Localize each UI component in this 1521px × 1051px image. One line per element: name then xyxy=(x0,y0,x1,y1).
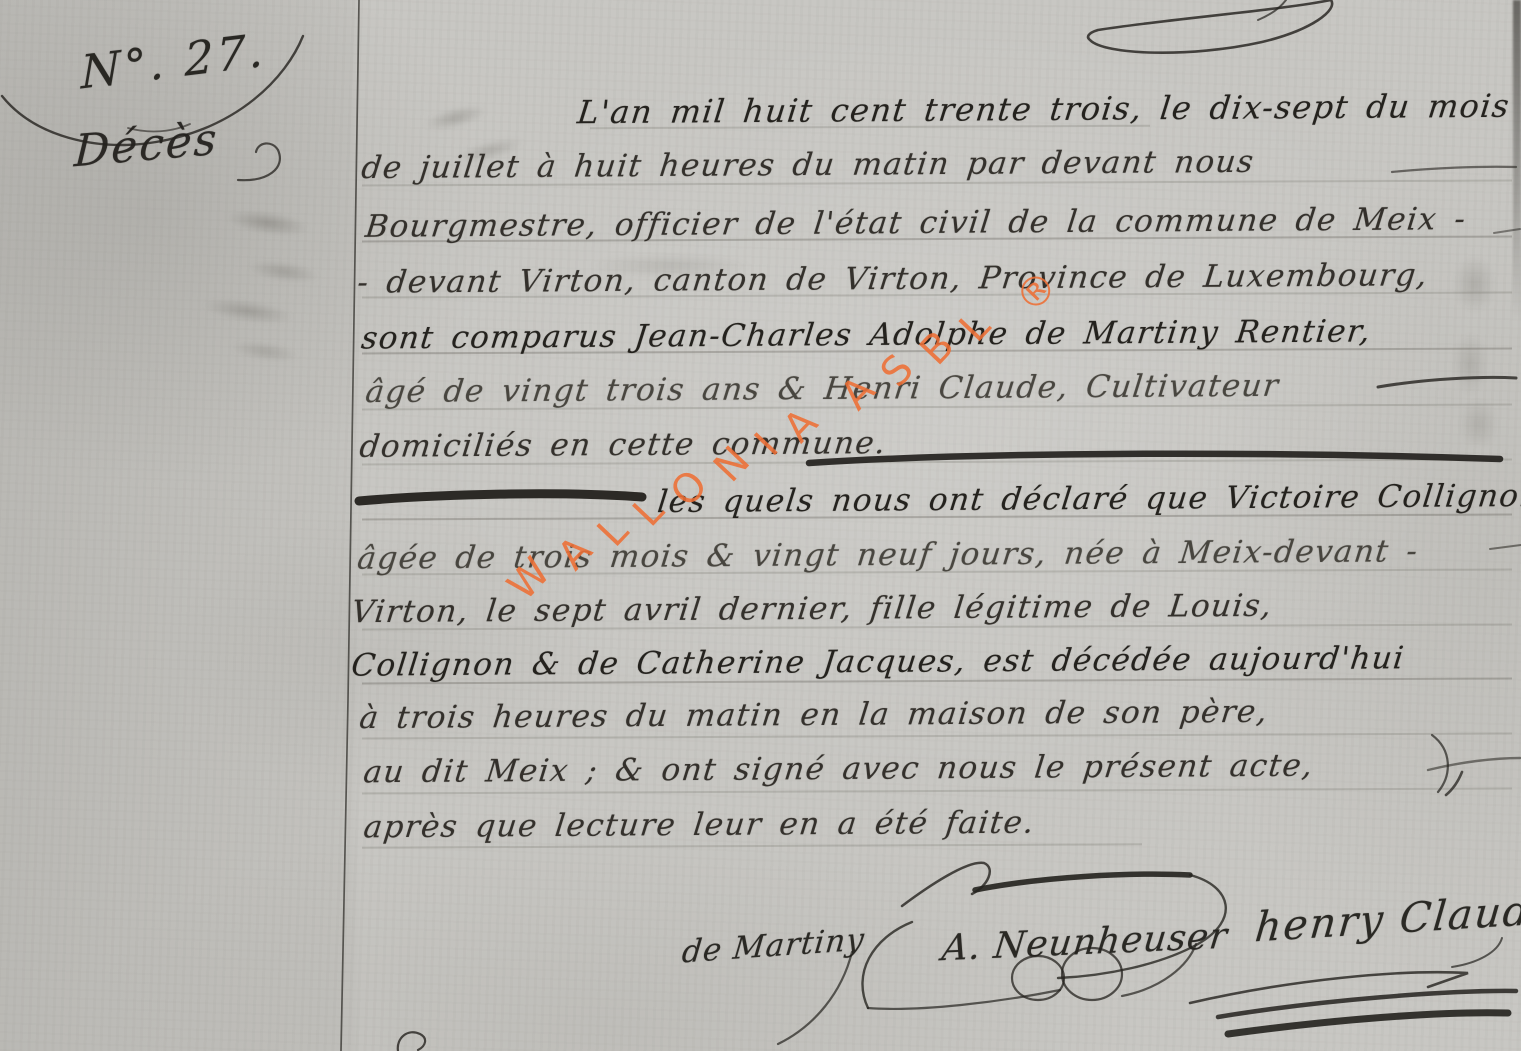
previous-entry-flourish xyxy=(1258,0,1286,20)
signature-tail xyxy=(1452,938,1502,967)
signature-paraph xyxy=(902,863,990,906)
signature-paraph xyxy=(868,990,1060,1009)
ink-bleed-smudge xyxy=(1432,244,1517,444)
scanned-death-record-page: N°. 27. Décès L'an mil huit cent trente … xyxy=(0,0,1521,1051)
signature-paraph xyxy=(975,874,1190,890)
act-line-7: domiciliés en cette commune. xyxy=(358,426,889,464)
act-line-14: après que lecture leur en a été faite. xyxy=(362,806,1037,845)
line-end-dash xyxy=(1378,377,1516,387)
signature-paraph xyxy=(862,922,912,1008)
next-entry-mark xyxy=(398,1032,425,1051)
separator-stroke xyxy=(359,494,642,501)
signature-underline xyxy=(1190,972,1468,1003)
line-end-dash xyxy=(1428,758,1520,770)
act-line-4: - devant Virton, canton de Virton, Provi… xyxy=(356,258,1430,300)
signature-underline xyxy=(1228,1013,1508,1034)
margin-act-type: Décès xyxy=(73,118,219,175)
act-line-8: les quels nous ont déclaré que Victoire … xyxy=(656,479,1521,519)
margin-rule-line xyxy=(341,0,359,1051)
act-line-10: Virton, le sept avril dernier, fille lég… xyxy=(350,589,1275,630)
line-end-dash xyxy=(1490,545,1521,549)
line-end-dash xyxy=(1494,229,1520,233)
act-line-13: au dit Meix ; & ont signé avec nous le p… xyxy=(362,749,1316,790)
signature-officer-neunheuser: A. Neunheuser xyxy=(940,916,1230,970)
signature-declarant-claude: henry Claude xyxy=(1253,885,1521,952)
ink-bleed-smudge xyxy=(181,188,353,377)
margin-label-flourish xyxy=(238,143,280,180)
closing-flourish xyxy=(1432,735,1448,792)
signature-tail xyxy=(778,952,852,1044)
act-line-6: âgé de vingt trois ans & Henri Claude, C… xyxy=(364,369,1282,409)
act-line-2: de juillet à huit heures du matin par de… xyxy=(360,145,1257,185)
line-end-dash xyxy=(1392,167,1516,172)
act-line-5: sont comparus Jean-Charles Adolphe de Ma… xyxy=(360,314,1373,355)
margin-act-number: N°. 27. xyxy=(80,27,266,96)
act-line-12: à trois heures du matin en la maison de … xyxy=(358,695,1270,735)
act-line-9: âgée de trois mois & vingt neuf jours, n… xyxy=(356,534,1421,575)
comma-stroke xyxy=(1446,772,1462,795)
act-line-11: Collignon & de Catherine Jacques, est dé… xyxy=(350,641,1407,682)
signature-declarant-martiny: de Martiny xyxy=(680,921,866,970)
previous-entry-flourish xyxy=(1088,0,1332,53)
signature-underline xyxy=(1218,991,1516,1017)
act-line-3: Bourgmestre, officier de l'état civil de… xyxy=(364,202,1469,244)
act-line-1: L'an mil huit cent trente trois, le dix-… xyxy=(576,89,1512,131)
scan-edge-shadow xyxy=(1513,0,1521,320)
